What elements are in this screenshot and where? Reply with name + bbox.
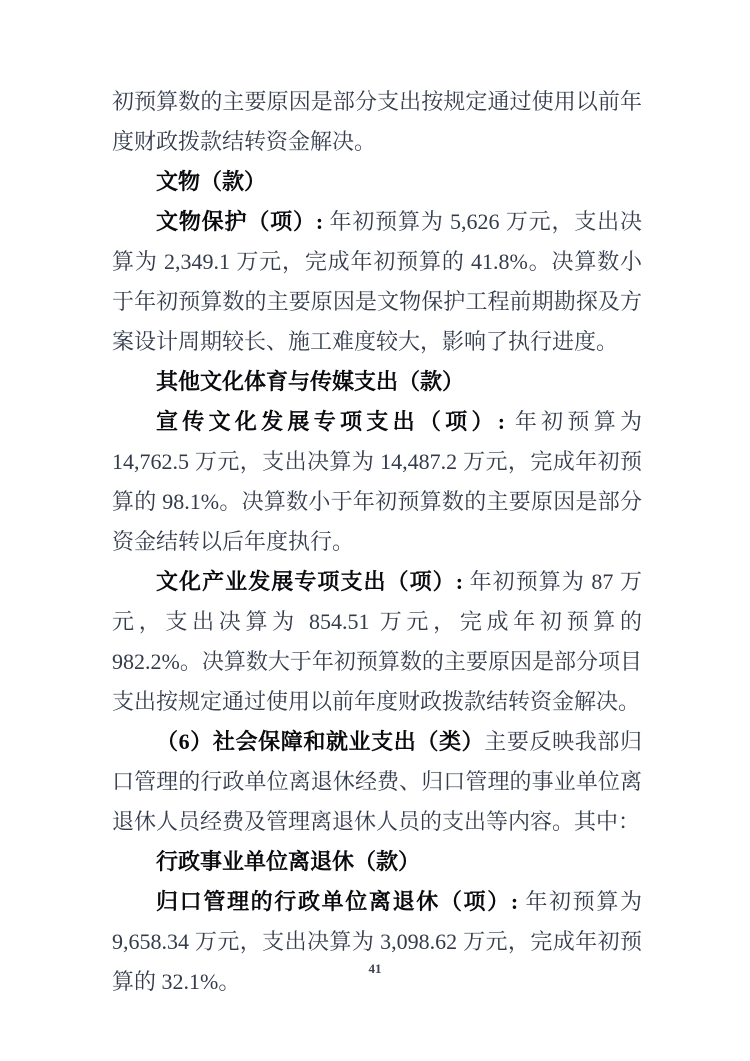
emphasis-run: 其他文化体育与传媒支出（款） — [156, 369, 464, 394]
section-heading: 行政事业单位离退休（款） — [112, 842, 642, 882]
document-page: 初预算数的主要原因是部分支出按规定通过使用以前年度财政拨款结转资金解决。文物（款… — [0, 0, 750, 1061]
paragraph: 归口管理的行政单位离退休（项）: 年初预算为 9,658.34 万元，支出决算为… — [112, 882, 642, 1002]
emphasis-run: 文化产业发展专项支出（项）: — [156, 569, 463, 594]
emphasis-run: 文物（款） — [156, 169, 266, 194]
section-heading: 其他文化体育与传媒支出（款） — [112, 362, 642, 402]
emphasis-run: 宣传文化发展专项支出（项）: — [156, 409, 505, 434]
paragraph: 文物保护（项）: 年初预算为 5,626 万元，支出决算为 2,349.1 万元… — [112, 202, 642, 362]
emphasis-run: 文物保护（项）: — [156, 209, 323, 234]
emphasis-run: （6）社会保障和就业支出（类） — [156, 729, 484, 754]
emphasis-run: 归口管理的行政单位离退休（项）: — [156, 889, 518, 914]
paragraph: 文化产业发展专项支出（项）: 年初预算为 87 万元，支出决算为 854.51 … — [112, 562, 642, 722]
paragraph: （6）社会保障和就业支出（类）主要反映我部归口管理的行政单位离退休经费、归口管理… — [112, 722, 642, 842]
section-heading: 文物（款） — [112, 162, 642, 202]
paragraph: 宣传文化发展专项支出（项）: 年初预算为 14,762.5 万元，支出决算为 1… — [112, 402, 642, 562]
emphasis-run: 行政事业单位离退休（款） — [156, 849, 420, 874]
page-number: 41 — [0, 961, 750, 977]
text-run: 初预算数的主要原因是部分支出按规定通过使用以前年度财政拨款结转资金解决。 — [112, 89, 642, 154]
document-body: 初预算数的主要原因是部分支出按规定通过使用以前年度财政拨款结转资金解决。文物（款… — [112, 82, 642, 1002]
paragraph: 初预算数的主要原因是部分支出按规定通过使用以前年度财政拨款结转资金解决。 — [112, 82, 642, 162]
